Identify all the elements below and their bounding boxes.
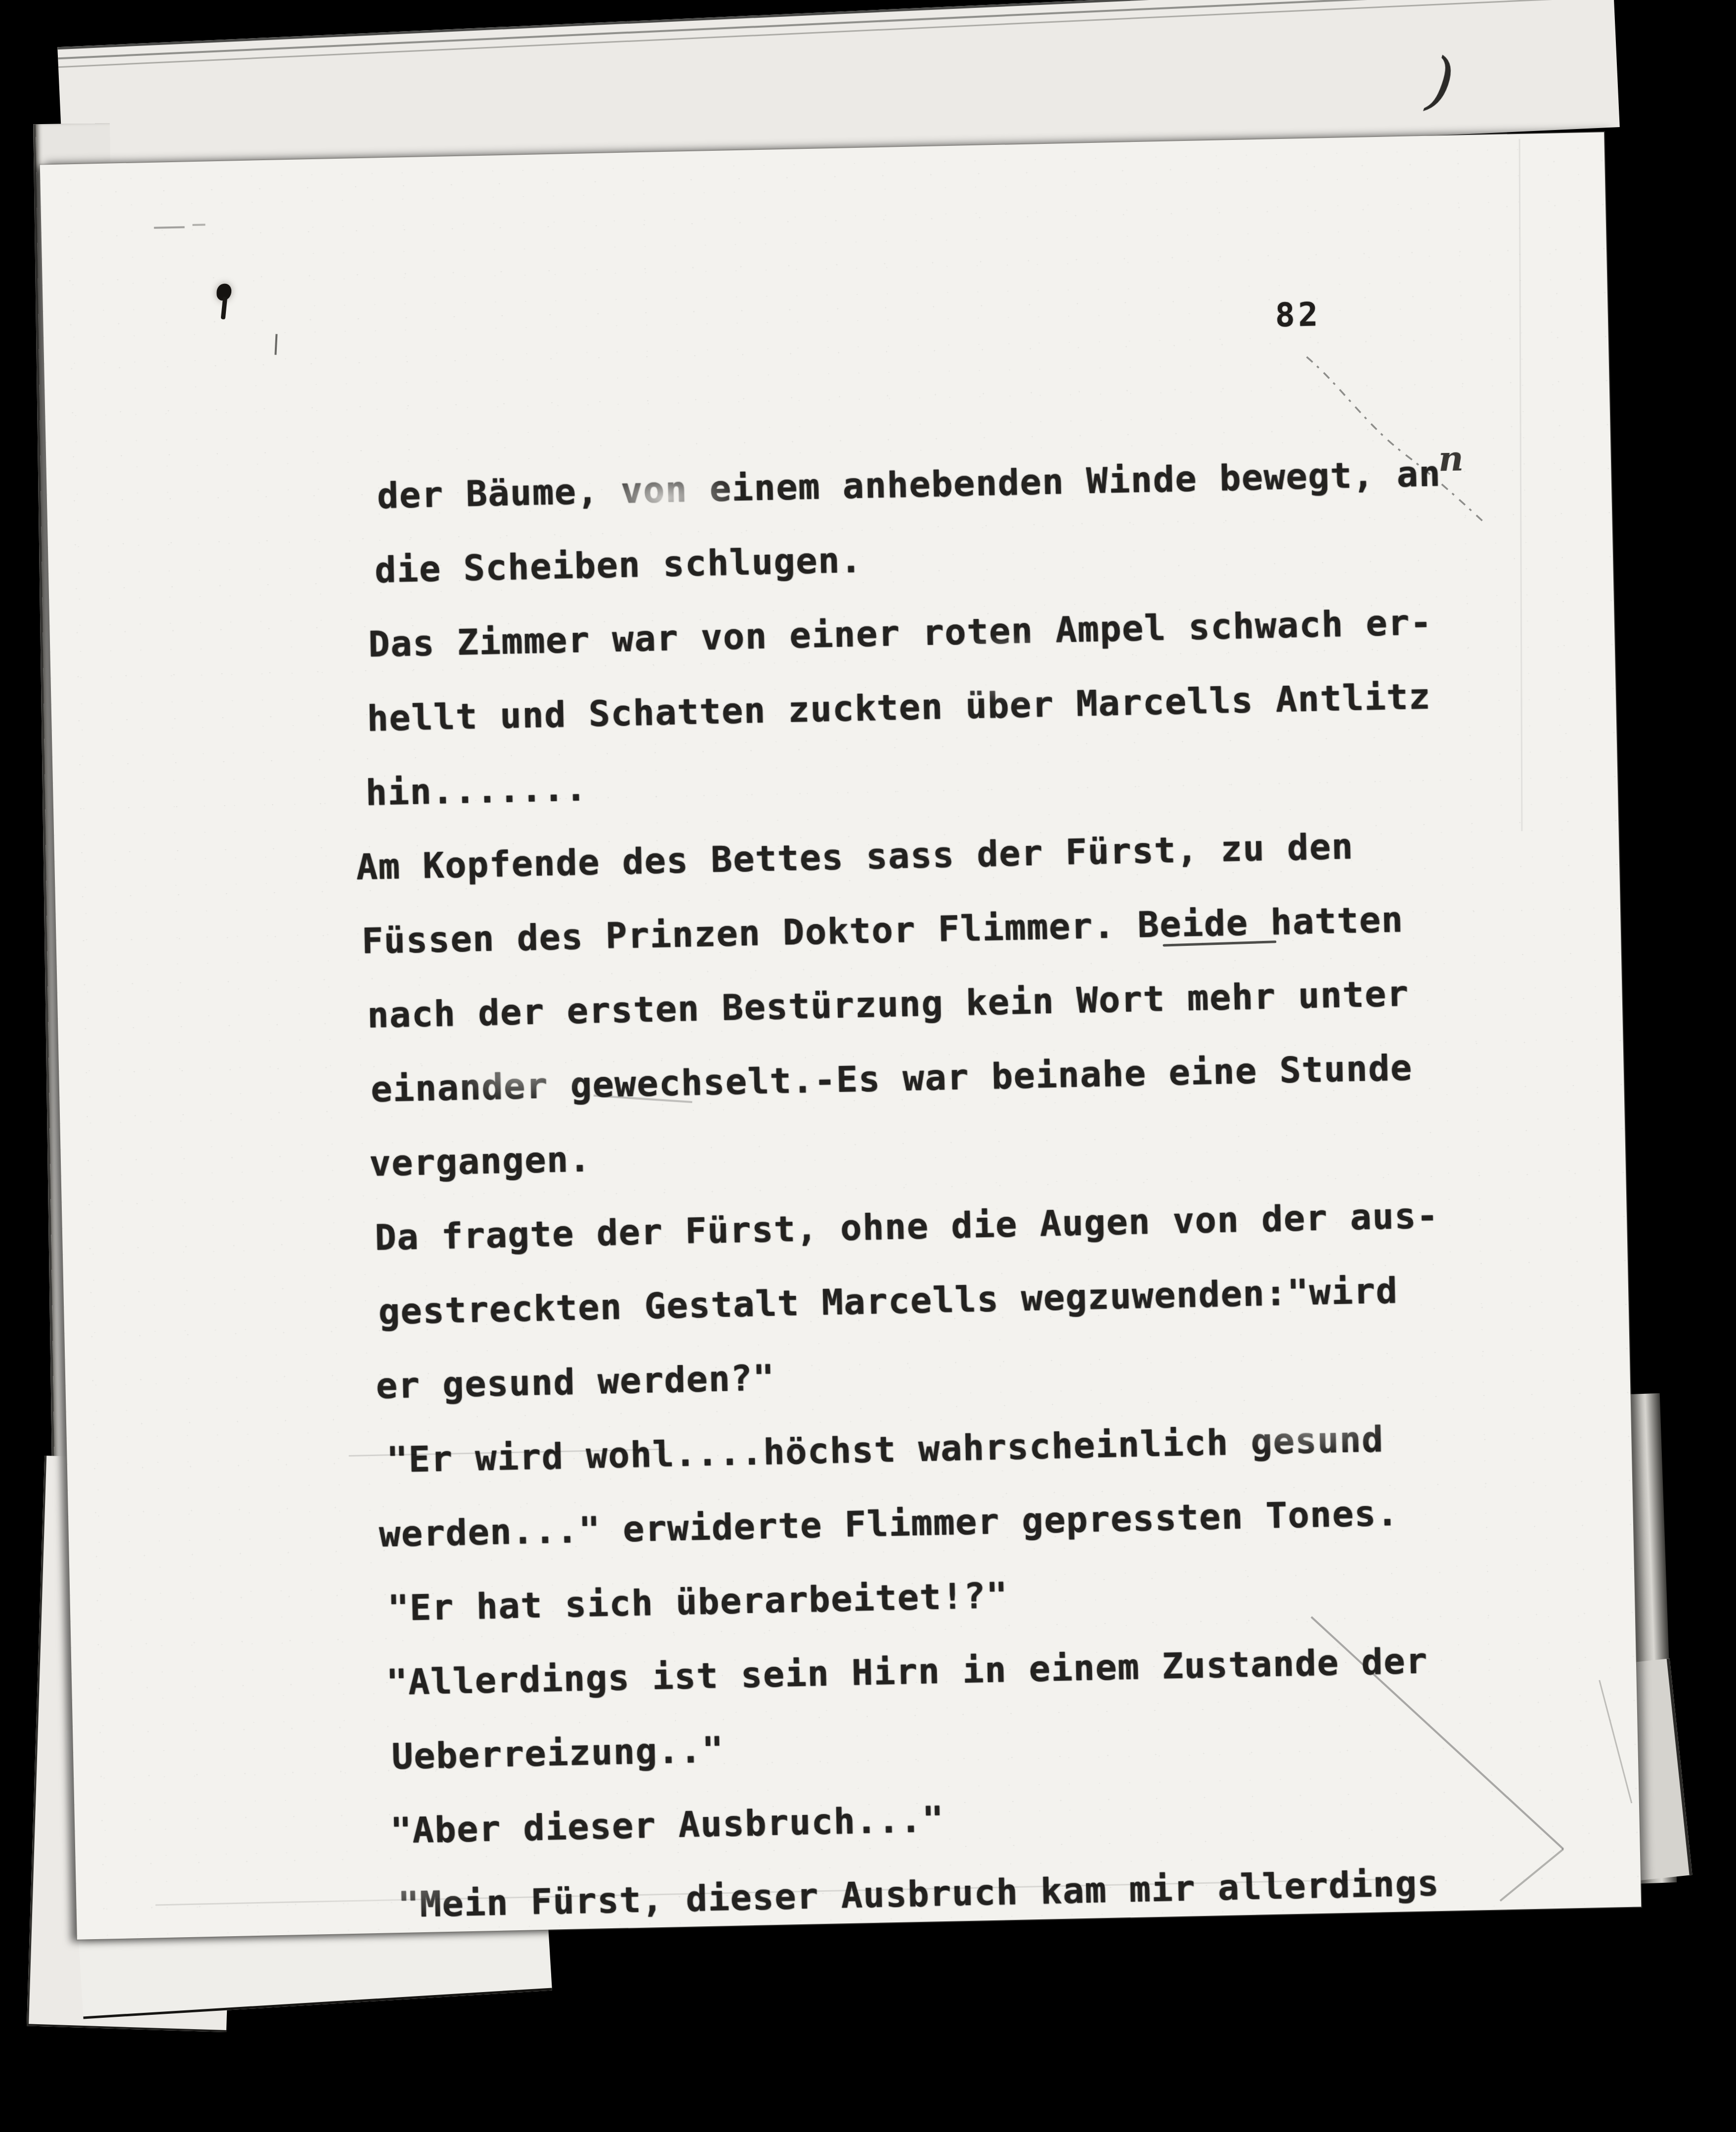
ink-blot-mark [217,283,232,301]
dog-ear-fold-creases [1281,1591,1644,1914]
manuscript-page: 82 n der Bäume, von einem anhebenden Win… [40,132,1641,1939]
pencil-dash-mark [192,224,205,226]
pencil-dash-mark [154,226,184,228]
pen-tick-mark [274,334,277,355]
paper-crease [1519,139,1523,831]
page-number: 82 [1275,295,1322,334]
archival-scan: ) 82 n der Bäume, von einem anhebenden W… [0,0,1736,2132]
